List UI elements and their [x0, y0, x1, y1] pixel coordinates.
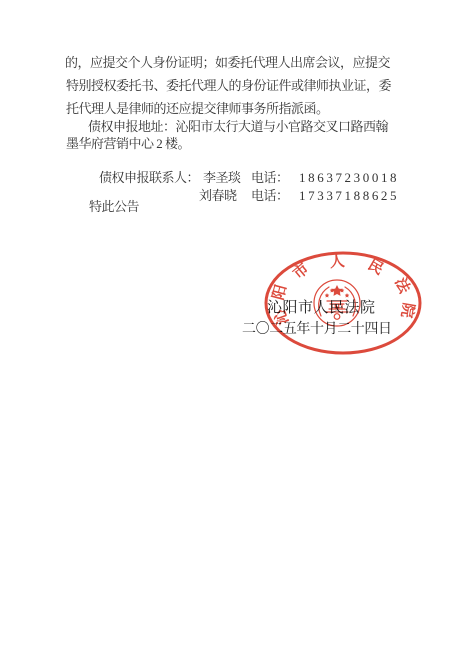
address-line: 债权申报地址：沁阳市太行大道与小官路交叉口路西翰: [88, 119, 388, 135]
seal-arc-char: 人: [329, 253, 345, 271]
body-text-line: 特别授权委托书、委托代理人的身份证件或律师执业证，委: [66, 78, 391, 94]
contact-name: 刘春晓: [199, 188, 237, 203]
court-seal-svg: 沁阳市人民法院: [256, 246, 430, 360]
national-emblem-icon: [314, 280, 360, 326]
contact-line: 刘春晓电话：17337188625: [188, 172, 399, 220]
closing-text: 特此公告: [89, 199, 139, 215]
document-page: 的，应提交个人身份证明；如委托代理人出席会议，应提交 特别授权委托书、委托代理人…: [0, 0, 460, 650]
body-text-line: 的，应提交个人身份证明；如委托代理人出席会议，应提交: [65, 55, 390, 71]
address-line: 墨华府营销中心 2 楼。: [66, 136, 190, 152]
seal-arc-char: 市: [289, 259, 312, 282]
court-seal: 沁阳市人民法院: [256, 246, 430, 360]
phone-number: 17337188625: [299, 188, 399, 203]
contact-heading: 债权申报联系人：: [99, 170, 199, 185]
phone-label: 电话：: [251, 188, 289, 203]
seal-arc-char: 院: [398, 301, 418, 319]
body-text-line: 托代理人是律师的还应提交律师事务所指派函。: [66, 101, 329, 117]
